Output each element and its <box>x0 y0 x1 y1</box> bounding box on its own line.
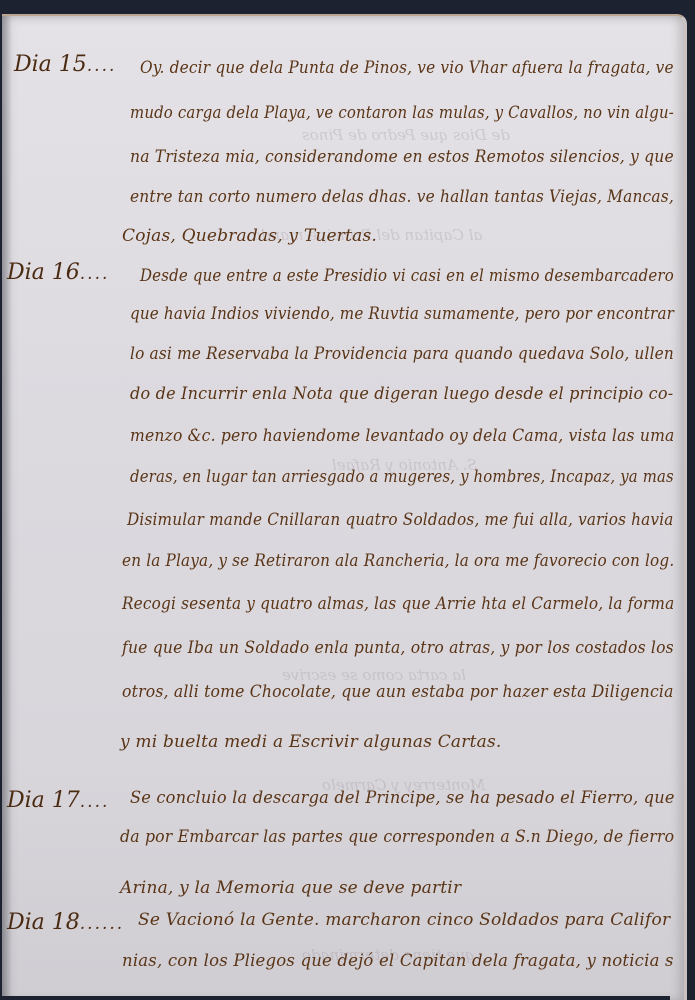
entry-line: mudo carga dela Playa, ve contaron las m… <box>130 103 674 123</box>
day-heading-17: Dia 17.... <box>7 788 109 813</box>
entry-line: Arina, y la Memoria que se deve partir <box>120 878 461 898</box>
entry-line: menzo &c. pero haviendome levantado oy d… <box>130 426 674 446</box>
day-label: Dia 18 <box>7 910 80 935</box>
day-dots: .... <box>80 264 110 284</box>
entry-line: que havia Indios viviendo, me Ruvtia sum… <box>130 304 674 324</box>
entry-line: en la Playa, y se Retiraron ala Rancheri… <box>122 551 674 571</box>
entry-line: fue que Iba un Soldado enla punta, otro … <box>122 638 674 658</box>
entry-line: Se concluio la descarga del Principe, se… <box>130 788 675 808</box>
day-heading-16: Dia 16.... <box>7 260 109 285</box>
entry-line: Cojas, Quebradas, y Tuertas. <box>122 226 377 246</box>
page-bottom-edge <box>2 996 670 1000</box>
entry-line: Se Vacionó la Gente. marcharon cinco Sol… <box>138 910 670 930</box>
entry-line: Desde que entre a este Presidio vi casi … <box>140 266 674 286</box>
entry-line: na Tristeza mia, considerandome en estos… <box>130 147 674 167</box>
spine-shadow <box>2 16 12 1000</box>
entry-line: Oy. decir que dela Punta de Pinos, ve vi… <box>140 58 674 78</box>
day-label: Dia 16 <box>7 260 80 285</box>
entry-line: Recogi sesenta y quatro almas, las que A… <box>122 594 674 614</box>
day-dots: .... <box>87 56 117 76</box>
day-dots: ...... <box>80 914 124 934</box>
day-heading-18: Dia 18...... <box>7 910 124 935</box>
entry-line: nias, con los Pliegos que dejó el Capita… <box>122 951 674 971</box>
day-heading-15: Dia 15.... <box>14 52 116 77</box>
day-label: Dia 17 <box>7 788 80 813</box>
entry-line: otros, alli tome Chocolate, que aun esta… <box>122 682 674 702</box>
entry-line: lo asi me Reservaba la Providencia para … <box>130 344 674 364</box>
bleed-through-text: de Dios que Pedro de Pinos <box>302 126 510 144</box>
entry-line: entre tan corto numero delas dhas. ve ha… <box>130 187 674 207</box>
entry-line: deras, en lugar tan arriesgado a mugeres… <box>130 467 674 487</box>
day-label: Dia 15 <box>14 52 87 77</box>
entry-line: y mi buelta medi a Escrivir algunas Cart… <box>120 732 501 752</box>
day-dots: .... <box>80 792 110 812</box>
entry-line: da por Embarcar las partes que correspon… <box>120 827 674 847</box>
entry-line: Disimular mande Cnillaran quatro Soldado… <box>127 510 674 530</box>
manuscript-page: de Dios que Pedro de Pinos al Capitan de… <box>2 14 687 1000</box>
entry-line: do de Incurrir enla Nota que digeran lue… <box>130 384 673 404</box>
